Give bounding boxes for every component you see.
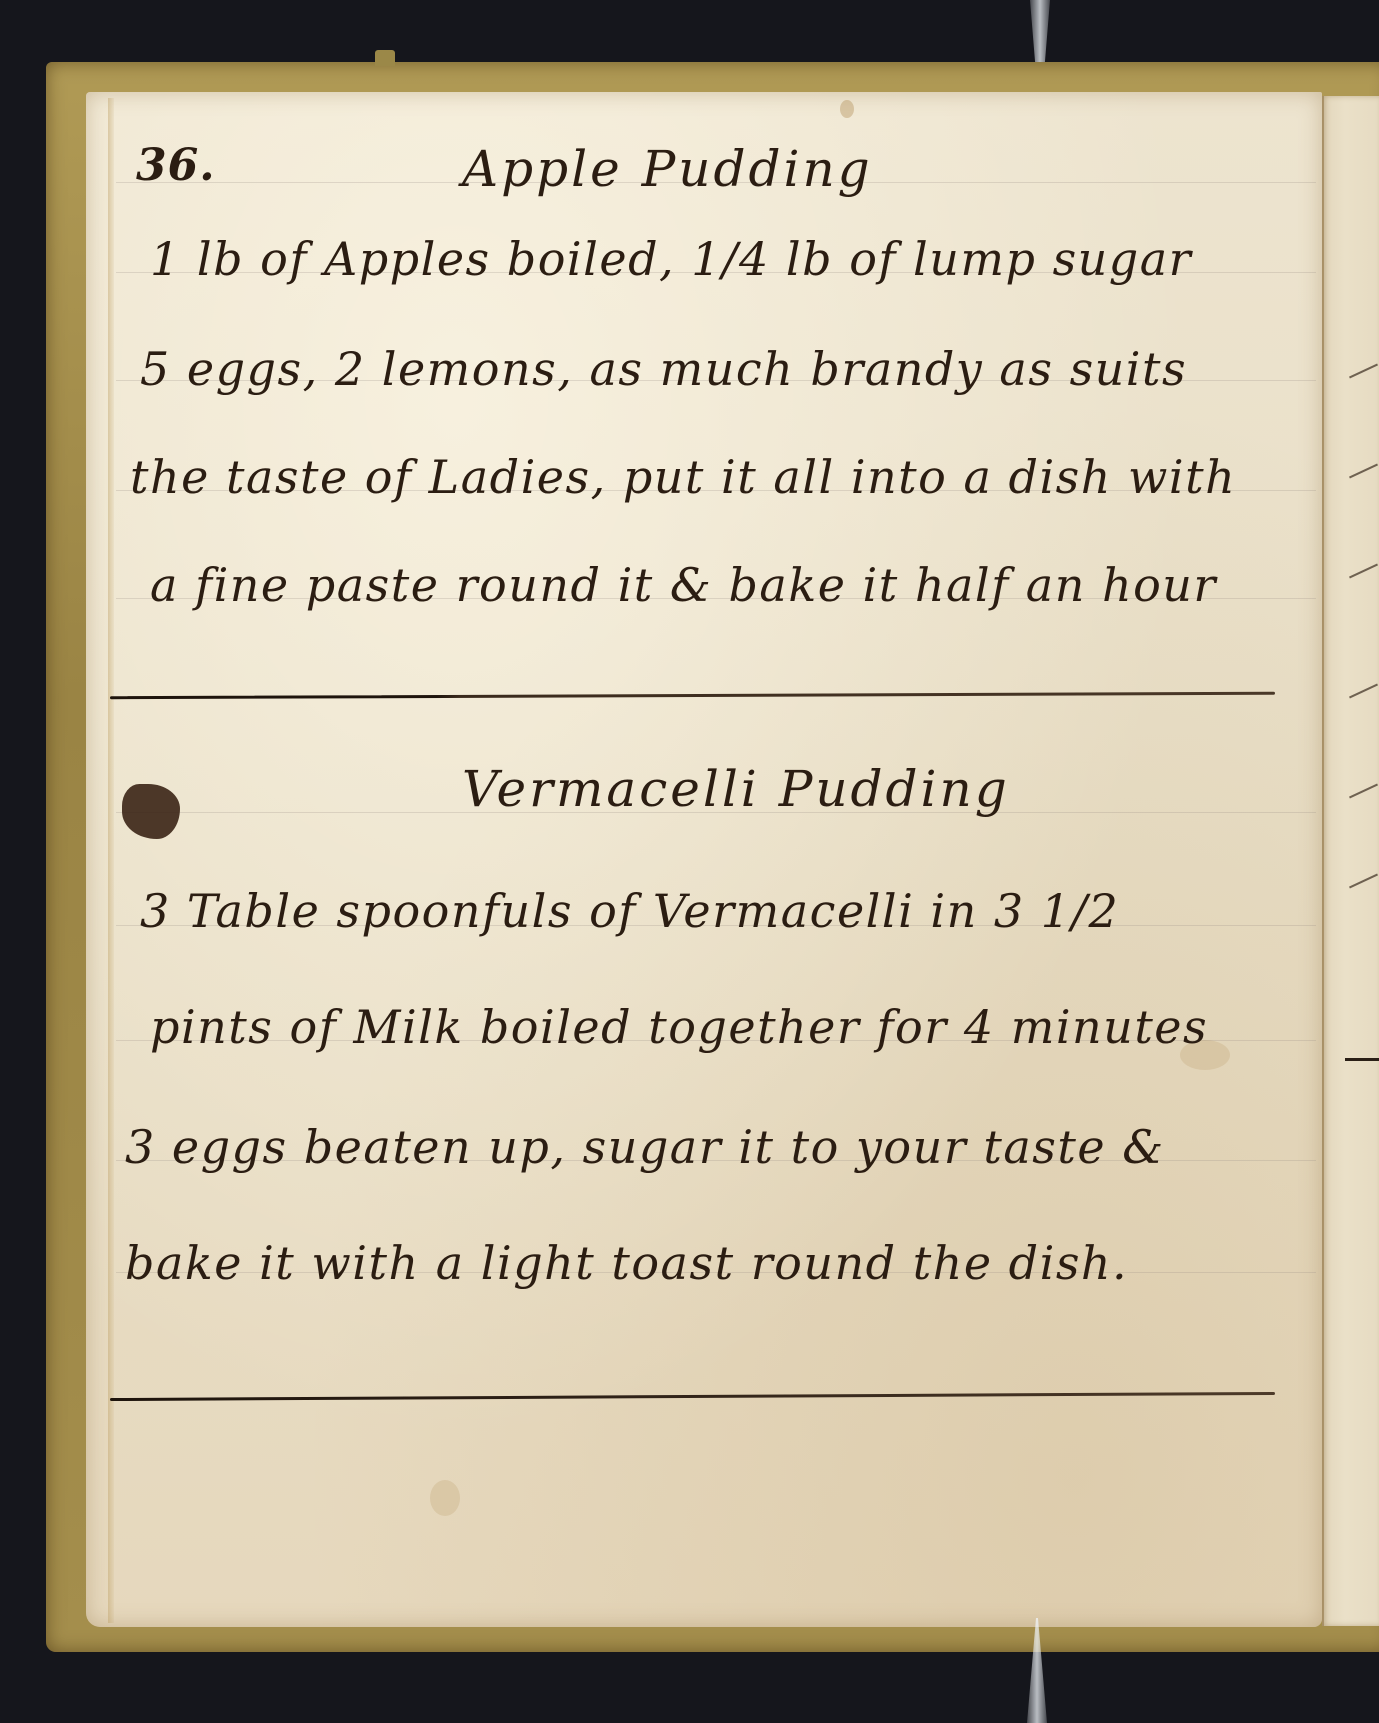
book-gutter (1322, 96, 1324, 1626)
page-margin-edge (108, 98, 114, 1623)
recipe-line: pints of Milk boiled together for 4 minu… (150, 1000, 1208, 1054)
recipe-line: bake it with a light toast round the dis… (125, 1236, 1128, 1290)
recipe-line: 3 eggs beaten up, sugar it to your taste… (125, 1120, 1165, 1174)
paper-stain (430, 1480, 460, 1516)
recipe-line: the taste of Ladies, put it all into a d… (130, 450, 1236, 504)
paper-stain (840, 100, 854, 118)
cover-tab (375, 50, 395, 66)
recipe-line: 5 eggs, 2 lemons, as much brandy as suit… (140, 342, 1187, 396)
recipe-line: 3 Table spoonfuls of Vermacelli in 3 1/2 (140, 884, 1119, 938)
recipe-title-vermacelli-pudding: Vermacelli Pudding (462, 760, 1010, 818)
recipe-line: a fine paste round it & bake it half an … (150, 558, 1217, 612)
facing-page-rule (1345, 1058, 1379, 1061)
page-number: 36. (136, 140, 216, 191)
recipe-title-apple-pudding: Apple Pudding (462, 140, 873, 198)
recipe-line: 1 lb of Apples boiled, 1/4 lb of lump su… (150, 232, 1192, 286)
facing-page (1322, 96, 1379, 1626)
